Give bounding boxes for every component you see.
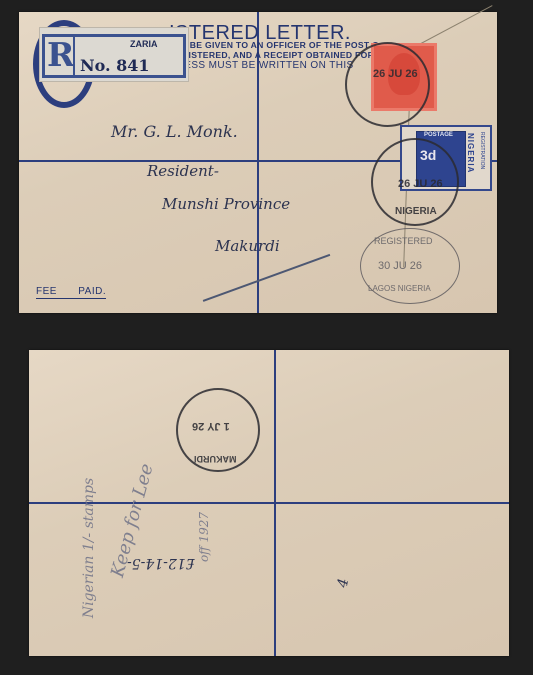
lagos-postmark-top: REGISTERED: [374, 236, 433, 246]
registration-label: R ZARIA No. 841: [39, 27, 189, 82]
address-line-4: Makurdi: [215, 237, 280, 255]
ink-note-amount: £12-14-5-: [127, 555, 195, 571]
ink-mark: 4: [335, 577, 352, 589]
zaria-postmark-1-date: 26 JU 26: [373, 68, 418, 80]
envelope-back: 1 JY 26 MAKURDI Nigerian 1/- stamps Keep…: [29, 350, 509, 656]
address-line-3: Munshi Province: [162, 195, 290, 213]
zaria-postmark-1: [345, 42, 430, 127]
stamp-side-text: REGISTRATION: [479, 132, 485, 169]
stamp-country: NIGERIA: [466, 133, 475, 173]
label-r-letter: R: [47, 35, 74, 74]
lagos-postmark-bottom: LAGOS NIGERIA: [368, 284, 431, 293]
pencil-note-nigerian-stamps: Nigerian 1/- stamps: [81, 478, 97, 618]
fee-paid-label: FEE PAID.: [36, 286, 106, 299]
lagos-postmark-date: 30 JU 26: [378, 260, 422, 272]
zaria-postmark-2-country: NIGERIA: [395, 206, 437, 217]
address-line-2: Resident-: [147, 162, 219, 180]
makurdi-postmark-date: 1 JY 26: [192, 420, 230, 432]
underline-stroke: [203, 254, 330, 302]
pencil-note-date: off 1927: [197, 512, 211, 562]
printed-instruction-line-2: REGISTERED, AND A RECEIPT OBTAINED FOR: [169, 50, 374, 60]
address-line-1: Mr. G. L. Monk.: [111, 122, 238, 141]
zaria-postmark-2-date: 26 JU 26: [398, 178, 443, 190]
label-number: No. 841: [80, 56, 150, 75]
horizontal-blue-rule: [29, 502, 509, 504]
printed-instruction-line-1: UST BE GIVEN TO AN OFFICER OF THE POST O: [169, 40, 379, 50]
label-office: ZARIA: [130, 39, 158, 49]
stamp-postage-text: POSTAGE: [424, 132, 453, 138]
printed-instruction-line-3: DRESS MUST BE WRITTEN ON THIS: [169, 60, 354, 71]
makurdi-postmark-name: MAKURDI: [194, 454, 237, 464]
